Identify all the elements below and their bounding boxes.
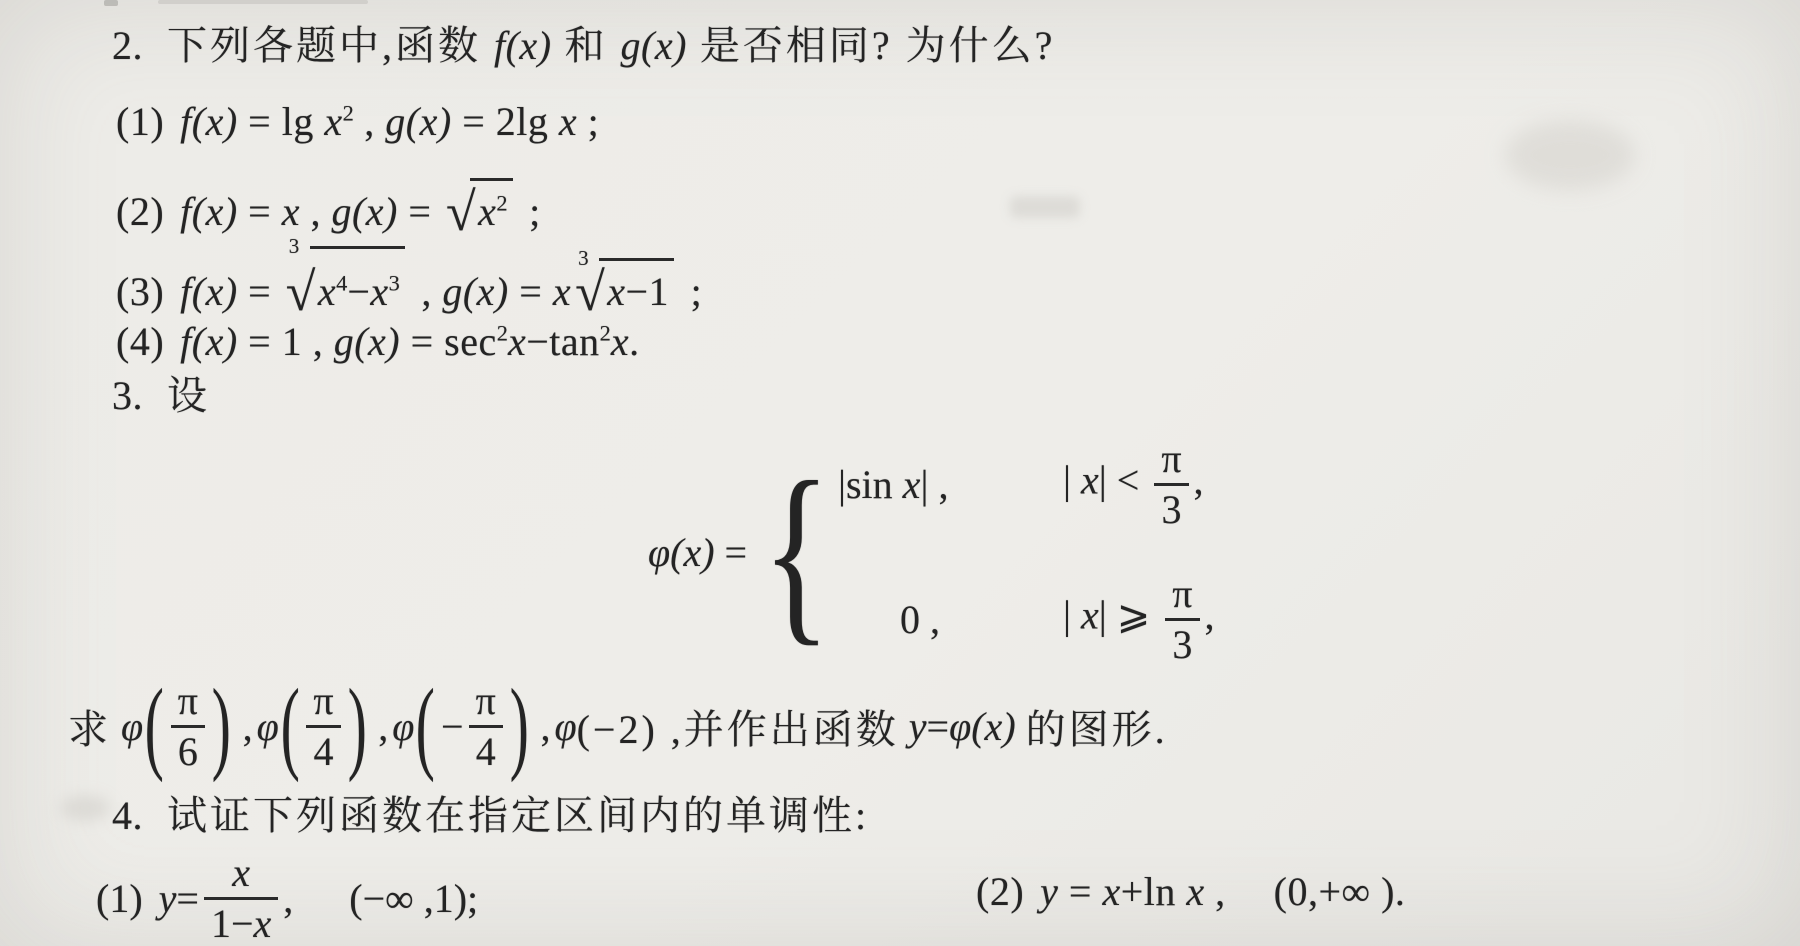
scan-artifact <box>104 0 118 6</box>
piecewise-row-1: |sin x| , | x| < π3, <box>838 438 1215 531</box>
q2-item-1: (1)f(x) = lg x2 , g(x) = 2lg x ; <box>116 98 599 146</box>
radical-bar <box>599 258 674 261</box>
math-phi-x: φ(x) <box>949 703 1016 750</box>
math-op: | < <box>1099 458 1150 503</box>
textbook-page: 2.下列各题中,函数 f(x) 和 g(x) 是否相同? 为什么? (1)f(x… <box>0 0 1800 946</box>
math-var: x <box>611 319 629 364</box>
square-root: √x2 <box>446 178 515 236</box>
fraction-pi-4: π4 <box>306 680 340 773</box>
interval: (−∞ ,1); <box>349 875 478 922</box>
math-var: f(x) <box>180 319 238 364</box>
punctuation: , <box>1194 458 1204 503</box>
exponent: 2 <box>343 101 354 126</box>
math-op: | <box>1063 458 1081 503</box>
q4-item-1: (1) y = x1−x , (−∞ ,1); <box>96 852 478 944</box>
q4-item-2: (2)y = x+ln x ,(0,+∞ ). <box>976 868 1405 916</box>
punctuation: , <box>243 703 253 750</box>
exponent: 2 <box>496 191 507 216</box>
math-var: x <box>478 189 496 234</box>
math-op: , <box>411 269 443 314</box>
math-var: x <box>254 901 272 946</box>
piecewise-condition: | x| < π3, <box>1063 438 1204 531</box>
fraction-numerator: π <box>306 680 340 728</box>
punctuation: | , <box>920 462 948 507</box>
math-op: − <box>347 269 370 314</box>
punctuation: , <box>378 703 388 750</box>
math-op: −1 <box>626 269 670 314</box>
math-var: x <box>903 462 921 507</box>
math-op: = <box>176 875 199 922</box>
punctuation: . <box>629 319 640 364</box>
q2-item-4: (4)f(x) = 1 , g(x) = sec2x−tan2x. <box>116 318 640 366</box>
math-func: = sec <box>400 319 497 364</box>
math-number: 0 , <box>900 597 940 642</box>
fraction-numerator: π <box>469 680 503 728</box>
math-phi: φ <box>554 703 576 750</box>
math-var: x <box>508 319 526 364</box>
math-op: , <box>354 99 386 144</box>
fraction-denominator: 4 <box>306 728 340 773</box>
piecewise-value: |sin x| , <box>838 461 1063 508</box>
math-phi: φ <box>257 703 279 750</box>
text-fragment: 求 <box>68 698 111 755</box>
math-var: y <box>159 875 177 922</box>
math-var: x <box>553 269 571 314</box>
math-var: g(x) <box>385 99 451 144</box>
math-var: x <box>282 189 300 234</box>
math-gx: g(x) <box>621 23 687 68</box>
piecewise-row-2: 0 , | x| ⩾ π3, <box>838 573 1215 666</box>
question-number: 2. <box>112 23 143 68</box>
exponent: 2 <box>600 321 611 346</box>
piecewise-definition: φ(x) = { |sin x| , | x| < π3, 0 , | x| ⩾… <box>648 438 1215 666</box>
item-label: (2) <box>976 869 1024 914</box>
fraction-numerator: π <box>1154 438 1188 486</box>
math-op: = <box>238 269 282 314</box>
cube-root: 3√x4−x3 <box>286 252 407 316</box>
math-op: = <box>715 530 748 575</box>
math-var: x <box>318 269 336 314</box>
math-var: x <box>1186 869 1204 914</box>
math-op: | ⩾ <box>1099 593 1161 638</box>
question-number: 4. <box>112 793 143 838</box>
math-op: = 1 , <box>238 319 334 364</box>
math-var: f(x) <box>180 99 238 144</box>
math-op: = <box>238 189 282 234</box>
math-var: y <box>909 703 927 750</box>
fraction-denominator: 4 <box>469 728 503 773</box>
math-phi: φ <box>392 703 414 750</box>
math-op: = lg <box>238 99 325 144</box>
piecewise-brace: { <box>762 452 831 652</box>
q2-item-3: (3)f(x) = 3√x4−x3 , g(x) = x3√x−1 ; <box>116 252 702 316</box>
scan-smudge <box>1505 120 1635 190</box>
fraction-pi-3: π3 <box>1154 438 1188 531</box>
text-fragment: 和 <box>552 23 621 68</box>
text-fragment: 设 <box>167 373 210 418</box>
math-phi-x: φ(x) <box>648 530 715 575</box>
item-label: (1) <box>96 875 143 922</box>
math-fx: f(x) <box>494 23 552 68</box>
math-var: f(x) <box>180 269 238 314</box>
punctuation: , <box>1205 593 1215 638</box>
fraction-numerator: π <box>1165 573 1199 621</box>
fraction-x-over-1-minus-x: x1−x <box>204 852 278 945</box>
item-label: (1) <box>116 99 164 144</box>
piecewise-rows: |sin x| , | x| < π3, 0 , | x| ⩾ π3, <box>838 438 1215 666</box>
piecewise-condition: | x| ⩾ π3, <box>1063 573 1215 666</box>
fraction-pi-3: π3 <box>1165 573 1199 666</box>
fraction-pi-4: π4 <box>469 680 503 773</box>
item-label: (3) <box>116 269 164 314</box>
question-number: 3. <box>112 373 143 418</box>
exponent: 4 <box>336 271 347 296</box>
math-op: = 2lg <box>452 99 559 144</box>
fraction-numerator: x <box>204 852 278 900</box>
math-var: x <box>1102 869 1120 914</box>
cube-root: 3√x−1 <box>575 258 676 316</box>
exponent: 3 <box>389 271 400 296</box>
math-op: = <box>509 269 553 314</box>
math-var: g(x) <box>331 189 397 234</box>
piecewise-value: 0 , <box>838 596 1063 643</box>
math-phi: φ <box>121 703 143 750</box>
punctuation: , <box>540 703 550 750</box>
math-var: g(x) <box>334 319 400 364</box>
text-fragment: (−2) ,并作出函数 <box>577 698 899 755</box>
math-op: = <box>398 189 442 234</box>
math-op: = <box>927 703 950 750</box>
math-var: y <box>1040 869 1058 914</box>
math-var: x <box>370 269 388 314</box>
fraction-denominator: 1−x <box>204 900 278 945</box>
text-fragment: 的图形. <box>1026 698 1168 755</box>
punctuation: , <box>283 875 293 922</box>
q2-item-2: (2)f(x) = x , g(x) = √x2 ; <box>116 178 541 236</box>
math-var: x <box>1081 593 1099 638</box>
math-var: x <box>559 99 577 144</box>
math-func: +ln <box>1121 869 1187 914</box>
item-label: (4) <box>116 319 164 364</box>
root-index: 3 <box>289 234 300 259</box>
math-var: x <box>232 850 250 895</box>
interval: (0,+∞ ). <box>1274 869 1406 914</box>
math-func: −tan <box>526 319 599 364</box>
fraction-denominator: 3 <box>1165 621 1199 666</box>
punctuation: , <box>1205 869 1226 914</box>
math-number: 1− <box>211 901 254 946</box>
math-op: = <box>1058 869 1102 914</box>
math-var: x <box>607 269 625 314</box>
fraction-numerator: π <box>171 680 205 728</box>
math-var: x <box>324 99 342 144</box>
exponent: 2 <box>497 321 508 346</box>
piecewise-lhs: φ(x) = <box>648 529 747 576</box>
math-op: | <box>1063 593 1081 638</box>
fraction-denominator: 6 <box>171 728 205 773</box>
question-3-title: 3.设 <box>112 372 210 420</box>
root-index: 3 <box>578 246 589 271</box>
punctuation: ; <box>680 269 702 314</box>
question-2-title: 2.下列各题中,函数 f(x) 和 g(x) 是否相同? 为什么? <box>112 22 1055 70</box>
text-fragment: 是否相同? 为什么? <box>687 23 1056 68</box>
text-fragment: 下列各题中,函数 <box>167 23 494 68</box>
fraction-denominator: 3 <box>1154 486 1188 531</box>
math-var: f(x) <box>180 189 238 234</box>
scan-smudge <box>1010 196 1080 218</box>
math-var: g(x) <box>442 269 508 314</box>
text-fragment: 试证下列函数在指定区间内的单调性: <box>167 793 869 838</box>
fraction-pi-6: π6 <box>171 680 205 773</box>
math-func: |sin <box>838 462 903 507</box>
q3-evaluate-line: 求 φ ( π6 ) ,φ ( π4 ) ,φ ( − π4 ) ,φ(−2) … <box>68 676 1168 776</box>
scan-smudge <box>60 795 110 821</box>
radical-bar <box>310 246 405 249</box>
punctuation: ; <box>519 189 541 234</box>
math-op: , <box>300 189 332 234</box>
minus-sign: − <box>441 703 464 750</box>
punctuation: ; <box>577 99 599 144</box>
math-var: x <box>1081 458 1099 503</box>
radical-bar <box>470 178 513 181</box>
question-4-title: 4.试证下列函数在指定区间内的单调性: <box>112 792 869 840</box>
scan-artifact <box>158 0 368 4</box>
item-label: (2) <box>116 189 164 234</box>
